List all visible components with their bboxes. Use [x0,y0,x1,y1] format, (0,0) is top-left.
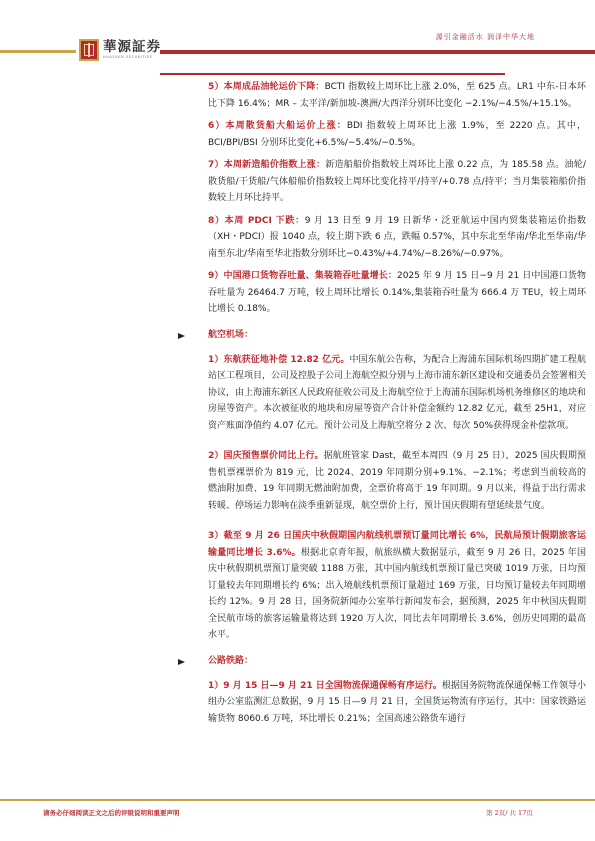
item-heading: 7）本周新造船价指数上涨： [208,160,325,170]
footer-disclaimer: 请务必仔细阅读正文之后的评级说明和重要声明 [43,808,180,817]
item-heading: 5）本周成品油轮运价下降： [208,82,325,92]
item-heading: 1）东航获征地补偿 12.82 亿元。 [208,355,349,365]
logo-english-name: HUAYUAN SECURITIES [103,55,161,60]
header-gold-rule [0,50,76,53]
shipping-item-7: 7）本周新造船价指数上涨：新造船船价指数较上周环比上涨 0.22 点，为 185… [208,157,586,207]
item-heading: 6）本周散货船大船运价上涨： [208,121,347,131]
item-heading: 2）国庆预售票价同比上行。 [208,451,324,461]
header-slogan: 源引金融活水 润泽中华大地 [436,32,535,42]
aviation-item-3: 3）截至 9 月 26 日国庆中秋假期国内航线机票预订量同比增长 6%，民航局预… [208,528,586,644]
item-heading: 8）本周 PDCI 下跌： [208,216,305,226]
shipping-item-8: 8）本周 PDCI 下跌：9 月 13 日至 9 月 19 日新华・泛亚航运中国… [208,213,586,263]
report-body: 5）本周成品油轮运价下降：BCTI 指数较上周环比上涨 2.0%，至 625 点… [208,79,586,733]
section-heading: 航空机场： [208,327,253,344]
page-number: 第 2页/ 共 17页 [486,808,533,817]
item-text: 根据北京青年报，航旅纵横大数据显示，截至 9 月 26 日，2025 年国庆中秋… [208,548,586,641]
shipping-item-6: 6）本周散货船大船运价上涨：BDI 指数较上周环比上涨 1.9%，至 2220 … [208,118,586,151]
aviation-item-1: 1）东航获征地补偿 12.82 亿元。中国东航公告称，为配合上海浦东国际机场四期… [208,352,586,435]
section-road-rail: 公路铁路： [178,654,586,670]
item-heading: 1）9 月 15 日—9 月 21 日全国物流保通保畅有序运行。 [208,681,442,691]
shipping-item-5: 5）本周成品油轮运价下降：BCTI 指数较上周环比上涨 2.0%，至 625 点… [208,79,586,112]
logo-chinese-name: 華源証券 [103,39,161,55]
aviation-item-2: 2）国庆预售票价同比上行。据航班管家 Dast，截至本周四（9 月 25 日），… [208,448,586,514]
arrow-bullet-icon [178,333,185,339]
road-rail-item-1: 1）9 月 15 日—9 月 21 日全国物流保通保畅有序运行。根据国务院物流保… [208,678,586,728]
content-top-rule [160,73,505,75]
footer-gold-rule [0,799,595,801]
arrow-bullet-icon [178,659,185,665]
logo-seal-icon [79,39,99,61]
shipping-item-9: 9）中国港口货物吞吐量、集装箱吞吐量增长：2025 年 9 月 15 日−9 月… [208,268,586,318]
item-heading: 9）中国港口货物吞吐量、集装箱吞吐量增长： [208,271,397,281]
company-logo: 華源証券 HUAYUAN SECURITIES [79,39,169,65]
header-red-rule [160,50,595,54]
section-heading: 公路铁路： [208,653,253,670]
item-text: 中国东航公告称，为配合上海浦东国际机场四期扩建工程航站区工程项目，公司及控股子公… [208,355,586,431]
section-aviation: 航空机场： [178,328,586,344]
